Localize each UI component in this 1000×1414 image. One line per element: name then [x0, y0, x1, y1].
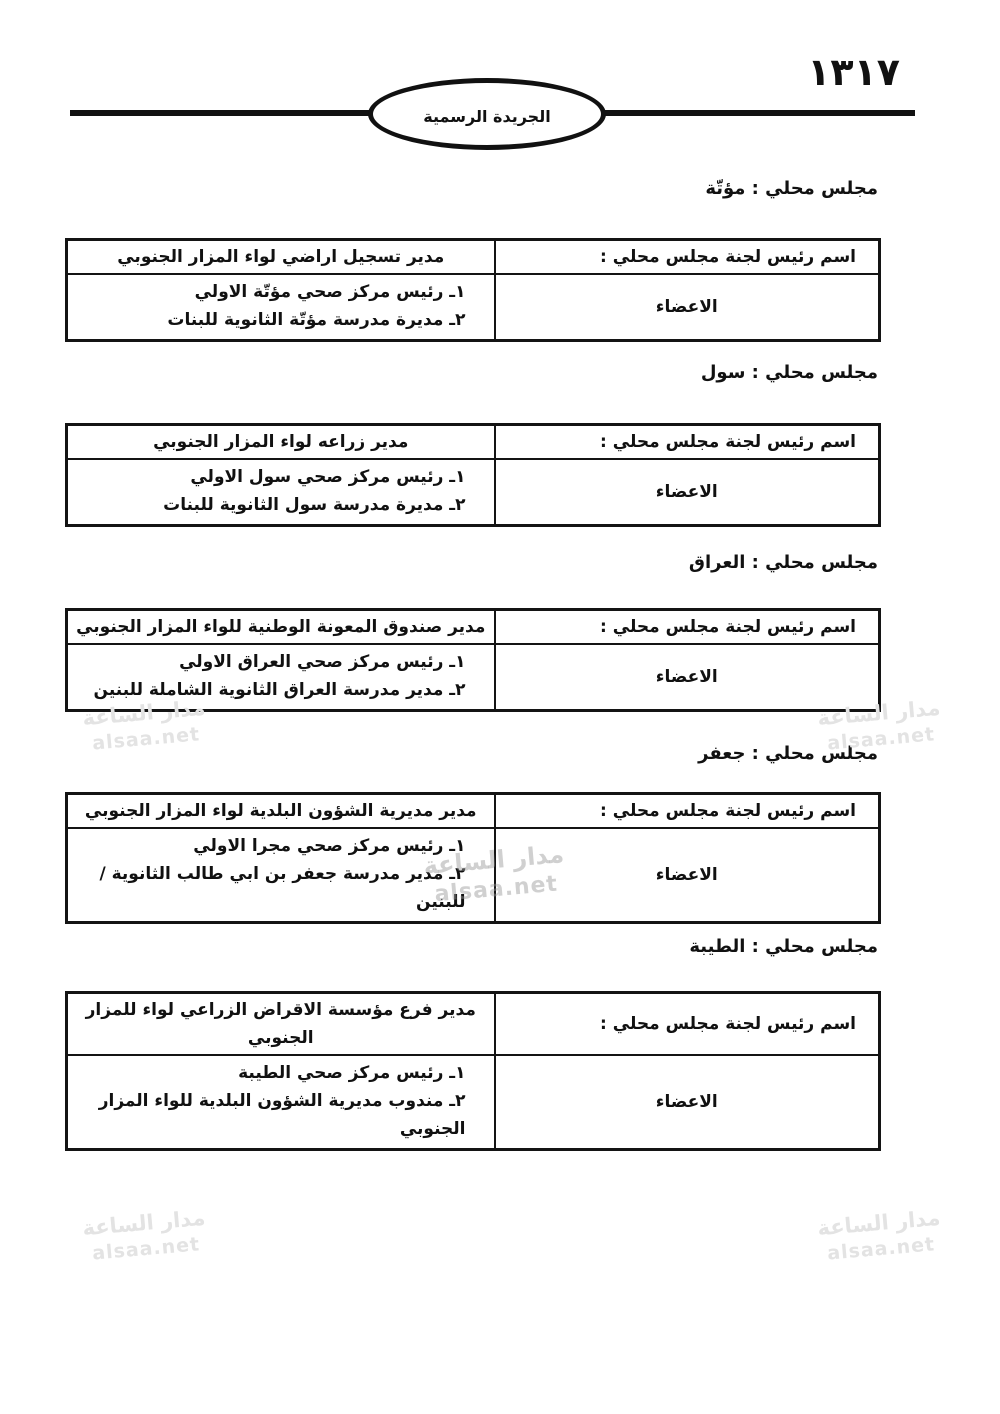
- council-table-iraq: اسم رئيس لجنة مجلس محلي : مدير صندوق الم…: [65, 608, 881, 712]
- page-number: ١٣١٧: [807, 50, 900, 94]
- member-item: ١ـ رئيس مركز صحي سول الاولي: [76, 463, 466, 491]
- table-row: اسم رئيس لجنة مجلس محلي : مدير تسجيل ارا…: [67, 240, 880, 275]
- member-item: ٢ـ مندوب مديرية الشؤون البلدية للواء الم…: [76, 1087, 466, 1143]
- members-list: ١ـ رئيس مركز صحي الطيبة ٢ـ مندوب مديرية …: [67, 1055, 495, 1150]
- chairman-value: مدير تسجيل اراضي لواء المزار الجنوبي: [67, 240, 495, 275]
- watermark: مدار الساعة alsaa.net: [813, 1204, 947, 1267]
- gazette-title: الجريدة الرسمية: [423, 103, 550, 126]
- table-row: اسم رئيس لجنة مجلس محلي : مدير زراعه لوا…: [67, 425, 880, 460]
- table-row: الاعضاء ١ـ رئيس مركز صحي سول الاولي ٢ـ م…: [67, 459, 880, 526]
- gazette-seal: الجريدة الرسمية: [368, 78, 606, 150]
- chairman-value: مدير فرع مؤسسة الاقراض الزراعي لواء للمز…: [67, 993, 495, 1056]
- chairman-label: اسم رئيس لجنة مجلس محلي :: [495, 993, 880, 1056]
- council-table-muta: اسم رئيس لجنة مجلس محلي : مدير تسجيل ارا…: [65, 238, 881, 342]
- member-item: ٢ـ مديرة مدرسة مؤتّة الثانوية للبنات: [76, 306, 466, 334]
- members-label: الاعضاء: [495, 1055, 880, 1150]
- council-title-jafar: مجلس محلي : جعفر: [698, 741, 878, 767]
- table-row: الاعضاء ١ـ رئيس مركز صحي مجرا الاولي ٢ـ …: [67, 828, 880, 923]
- members-list: ١ـ رئيس مركز صحي العراق الاولي ٢ـ مدير م…: [67, 644, 495, 711]
- council-title-muta: مجلس محلي : مؤتّة: [705, 176, 878, 202]
- members-label: الاعضاء: [495, 459, 880, 526]
- chairman-value: مدير مديرية الشؤون البلدية لواء المزار ا…: [67, 794, 495, 829]
- members-label: الاعضاء: [495, 274, 880, 341]
- council-title-sul: مجلس محلي : سول: [701, 360, 878, 386]
- chairman-value: مدير صندوق المعونة الوطنية للواء المزار …: [67, 610, 495, 645]
- members-list: ١ـ رئيس مركز صحي مجرا الاولي ٢ـ مدير مدر…: [67, 828, 495, 923]
- watermark: مدار الساعة alsaa.net: [78, 1204, 212, 1267]
- gazette-page: ١٣١٧ الجريدة الرسمية مجلس محلي : مؤتّة ا…: [0, 0, 1000, 1414]
- council-title-taybeh: مجلس محلي : الطيبة: [689, 934, 878, 960]
- watermark-arabic: مدار الساعة: [813, 1204, 945, 1243]
- members-list: ١ـ رئيس مركز صحي سول الاولي ٢ـ مديرة مدر…: [67, 459, 495, 526]
- member-item: ٢ـ مدير مدرسة العراق الثانوية الشاملة لل…: [76, 676, 466, 704]
- council-table-jafar: اسم رئيس لجنة مجلس محلي : مدير مديرية ال…: [65, 792, 881, 924]
- table-row: الاعضاء ١ـ رئيس مركز صحي الطيبة ٢ـ مندوب…: [67, 1055, 880, 1150]
- member-item: ١ـ رئيس مركز صحي العراق الاولي: [76, 648, 466, 676]
- members-label: الاعضاء: [495, 828, 880, 923]
- chairman-label: اسم رئيس لجنة مجلس محلي :: [495, 240, 880, 275]
- table-row: الاعضاء ١ـ رئيس مركز صحي مؤتّة الاولي ٢ـ…: [67, 274, 880, 341]
- member-item: ١ـ رئيس مركز صحي مؤتّة الاولي: [76, 278, 466, 306]
- table-row: الاعضاء ١ـ رئيس مركز صحي العراق الاولي ٢…: [67, 644, 880, 711]
- member-item: ١ـ رئيس مركز صحي الطيبة: [76, 1059, 466, 1087]
- table-row: اسم رئيس لجنة مجلس محلي : مدير مديرية ال…: [67, 794, 880, 829]
- chairman-label: اسم رئيس لجنة مجلس محلي :: [495, 794, 880, 829]
- council-table-sul: اسم رئيس لجنة مجلس محلي : مدير زراعه لوا…: [65, 423, 881, 527]
- watermark-arabic: مدار الساعة: [78, 1204, 210, 1243]
- members-list: ١ـ رئيس مركز صحي مؤتّة الاولي ٢ـ مديرة م…: [67, 274, 495, 341]
- members-label: الاعضاء: [495, 644, 880, 711]
- table-row: اسم رئيس لجنة مجلس محلي : مدير صندوق الم…: [67, 610, 880, 645]
- chairman-label: اسم رئيس لجنة مجلس محلي :: [495, 610, 880, 645]
- watermark-url: alsaa.net: [80, 722, 212, 758]
- chairman-value: مدير زراعه لواء المزار الجنوبي: [67, 425, 495, 460]
- watermark-url: alsaa.net: [815, 1232, 947, 1268]
- member-item: ١ـ رئيس مركز صحي مجرا الاولي: [76, 832, 466, 860]
- table-row: اسم رئيس لجنة مجلس محلي : مدير فرع مؤسسة…: [67, 993, 880, 1056]
- member-item: ٢ـ مديرة مدرسة سول الثانوية للبنات: [76, 491, 466, 519]
- member-item: ٢ـ مدير مدرسة جعفر بن ابي طالب الثانوية …: [76, 860, 466, 916]
- watermark-url: alsaa.net: [80, 1232, 212, 1268]
- council-title-iraq: مجلس محلي : العراق: [689, 550, 878, 576]
- council-table-taybeh: اسم رئيس لجنة مجلس محلي : مدير فرع مؤسسة…: [65, 991, 881, 1151]
- chairman-label: اسم رئيس لجنة مجلس محلي :: [495, 425, 880, 460]
